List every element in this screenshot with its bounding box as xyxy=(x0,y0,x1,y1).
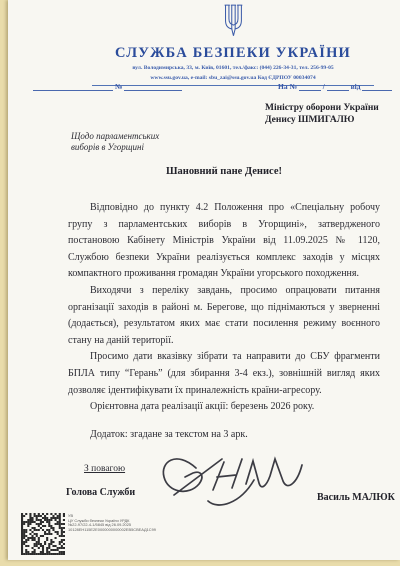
recipient-name: Денису ШМИГАЛЮ xyxy=(265,115,379,127)
registration-stamp: УВ ЦУ Служби безпеки України УРДК №22-97… xyxy=(68,514,156,533)
signer-title: Голова Служби xyxy=(66,487,135,498)
incoming-date-blank xyxy=(362,82,392,91)
reply-label: На № xyxy=(278,82,297,91)
subject-block: Щодо парламентських виборів в Угорщині xyxy=(71,131,159,153)
salutation: Шановний пане Денисе! xyxy=(68,166,380,177)
org-contacts: www.ssu.gov.ua, e-mail: sbu_zai@ssu.gov.… xyxy=(63,75,400,82)
recipient-position: Міністру оборони України xyxy=(265,103,379,115)
body-paragraph: Просимо дати вказівку зібрати та направи… xyxy=(68,349,380,399)
incoming-number-group: На № / від xyxy=(278,82,392,91)
handwritten-signature-icon xyxy=(156,450,306,512)
scanned-letter: СЛУЖБА БЕЗПЕКИ УКРАЇНИ вул. Володимирськ… xyxy=(0,0,400,566)
body-paragraph: Відповідно до пункту 4.2 Положення про «… xyxy=(68,200,380,283)
org-name: СЛУЖБА БЕЗПЕКИ УКРАЇНИ xyxy=(63,45,400,62)
letterhead: СЛУЖБА БЕЗПЕКИ УКРАЇНИ вул. Володимирськ… xyxy=(63,0,400,86)
outgoing-number-blank xyxy=(124,82,182,91)
incoming-index-blank xyxy=(327,82,349,91)
outgoing-number-group: № xyxy=(33,82,182,91)
body-paragraph: Виходячи з переліку завдань, просимо опр… xyxy=(68,283,380,349)
subject-line-2: виборів в Угорщині xyxy=(71,142,159,153)
subject-line-1: Щодо парламентських xyxy=(71,131,159,142)
letter-page: СЛУЖБА БЕЗПЕКИ УКРАЇНИ вул. Володимирськ… xyxy=(8,0,400,560)
attachment-note: Додаток: згадане за текстом на 3 арк. xyxy=(68,429,380,440)
recipient-block: Міністру оборони України Денису ШМИГАЛЮ xyxy=(265,103,379,126)
stamp-line: 10128ЕН115Е2Е0000000000002ЕВ5СВЕАД1С99 xyxy=(68,528,156,533)
qr-code-icon xyxy=(21,513,65,555)
incoming-number-blank xyxy=(299,82,321,91)
signer-name: Василь МАЛЮК xyxy=(317,492,395,503)
org-address: вул. Володимирська, 33, м. Київ, 01601, … xyxy=(63,65,400,72)
ukraine-trident-icon xyxy=(221,4,246,38)
closing-phrase: З повагою xyxy=(84,464,125,474)
letter-body: Відповідно до пункту 4.2 Положення про «… xyxy=(68,200,380,416)
body-paragraph: Орієнтовна дата реалізації акції: березе… xyxy=(68,399,380,416)
date-label: від xyxy=(351,82,361,91)
outgoing-date-blank xyxy=(33,82,113,91)
slash: / xyxy=(323,82,325,91)
number-label: № xyxy=(115,82,123,91)
